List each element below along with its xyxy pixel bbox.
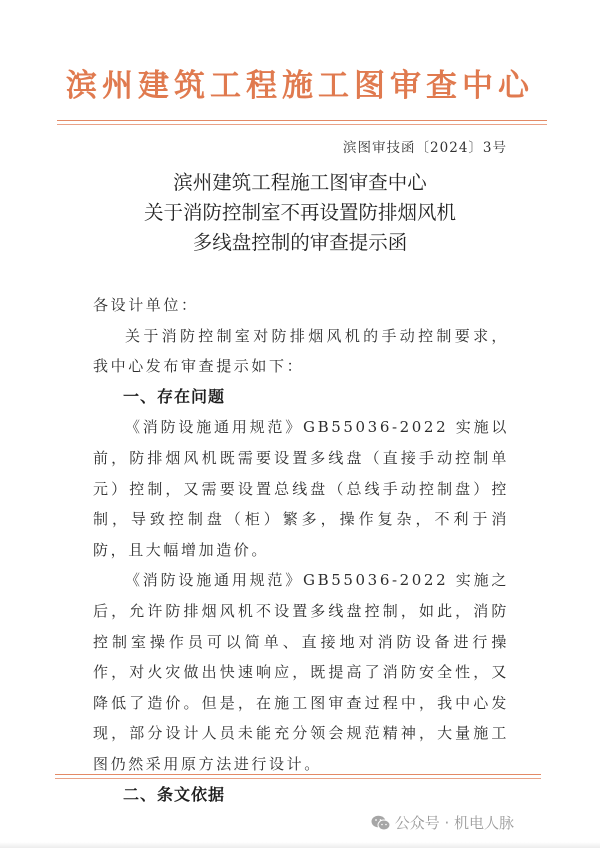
document-body: 各设计单位： 关于消防控制室对防排烟风机的手动控制要求，我中心发布审查提示如下：… <box>93 290 509 810</box>
paragraph-after-standard: 《消防设施通用规范》GB55036-2022 实施之后，允许防排烟风机不设置多线… <box>93 565 509 779</box>
letterhead-org-name: 滨州建筑工程施工图审查中心 <box>0 68 600 104</box>
title-line-3: 多线盘控制的审查提示函 <box>0 228 600 258</box>
page-bottom-edge <box>0 842 600 848</box>
letterhead-divider <box>57 120 547 125</box>
watermark-text: 公众号 · 机电人脉 <box>395 812 514 833</box>
section-heading-problems: 一、存在问题 <box>93 382 509 413</box>
document-title: 滨州建筑工程施工图审查中心 关于消防控制室不再设置防排烟风机 多线盘控制的审查提… <box>0 168 600 258</box>
title-line-1: 滨州建筑工程施工图审查中心 <box>0 168 600 198</box>
paragraph-before-standard: 《消防设施通用规范》GB55036-2022 实施以前，防排烟风机既需要设置多线… <box>93 412 509 565</box>
footer-divider <box>55 774 541 779</box>
watermark: 公众号 · 机电人脉 <box>371 812 514 833</box>
document-number: 滨图审技函〔2024〕3号 <box>343 136 507 156</box>
wechat-icon <box>371 815 391 831</box>
salutation: 各设计单位： <box>93 290 509 321</box>
section-heading-basis: 二、条文依据 <box>93 780 509 811</box>
title-line-2: 关于消防控制室不再设置防排烟风机 <box>0 198 600 228</box>
intro-paragraph: 关于消防控制室对防排烟风机的手动控制要求，我中心发布审查提示如下： <box>93 321 509 382</box>
